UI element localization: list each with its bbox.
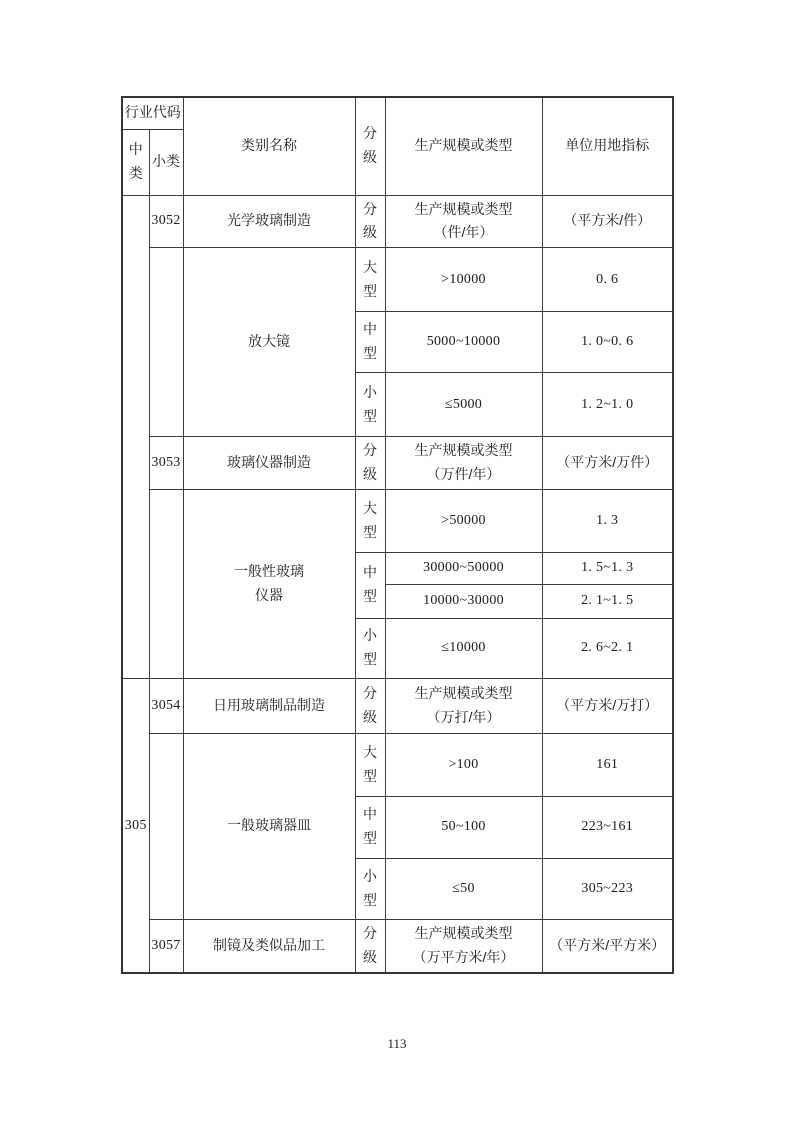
unit-header-cell: （平方米/万打） — [542, 678, 673, 733]
unit-header-cell: （平方米/平方米） — [542, 919, 673, 973]
grade-cell: 大 型 — [355, 248, 385, 312]
header-small-class: 小类 — [149, 129, 183, 195]
grade-label-cell: 分 级 — [355, 919, 385, 973]
grade-cell: 大 型 — [355, 733, 385, 796]
scale-value-cell: 50~100 — [385, 796, 542, 858]
table-row: 一般性玻璃 仪器 大 型 >50000 1. 3 — [122, 489, 673, 552]
header-scale-type: 生产规模或类型 — [385, 97, 542, 195]
unit-header-cell: （平方米/万件） — [542, 437, 673, 490]
scale-value-cell: 5000~10000 — [385, 312, 542, 373]
scale-header-cell: 生产规模或类型 （件/年） — [385, 195, 542, 248]
product-name-cell: 放大镜 — [183, 248, 355, 437]
scale-header-cell: 生产规模或类型 （万件/年） — [385, 437, 542, 490]
header-grade: 分 级 — [355, 97, 385, 195]
scale-value-cell: 10000~30000 — [385, 584, 542, 618]
scale-header-cell: 生产规模或类型 （万平方米/年） — [385, 919, 542, 973]
grade-cell: 小 型 — [355, 373, 385, 437]
indicator-value-cell: 1. 3 — [542, 489, 673, 552]
table-row: 3053 玻璃仪器制造 分 级 生产规模或类型 （万件/年） （平方米/万件） — [122, 437, 673, 490]
table-row: 3052 光学玻璃制造 分 级 生产规模或类型 （件/年） （平方米/件） — [122, 195, 673, 248]
small-class-empty-cell — [149, 489, 183, 678]
header-mid-class: 中 类 — [122, 129, 149, 195]
scale-value-cell: ≤50 — [385, 858, 542, 919]
table-header-row: 行业代码 类别名称 分 级 生产规模或类型 单位用地指标 — [122, 97, 673, 129]
grade-label-cell: 分 级 — [355, 195, 385, 248]
grade-cell: 中 型 — [355, 552, 385, 618]
indicator-value-cell: 1. 2~1. 0 — [542, 373, 673, 437]
product-name-cell: 一般玻璃器皿 — [183, 733, 355, 919]
product-name-cell: 一般性玻璃 仪器 — [183, 489, 355, 678]
land-use-indicator-table: 行业代码 类别名称 分 级 生产规模或类型 单位用地指标 中 类 小类 3052… — [121, 96, 674, 974]
category-name-cell: 玻璃仪器制造 — [183, 437, 355, 490]
indicator-value-cell: 2. 1~1. 5 — [542, 584, 673, 618]
table-row: 放大镜 大 型 >10000 0. 6 — [122, 248, 673, 312]
grade-label-cell: 分 级 — [355, 437, 385, 490]
page-number: 113 — [0, 1036, 794, 1052]
grade-cell: 大 型 — [355, 489, 385, 552]
indicator-value-cell: 305~223 — [542, 858, 673, 919]
scale-value-cell: >100 — [385, 733, 542, 796]
scale-value-cell: >50000 — [385, 489, 542, 552]
small-class-empty-cell — [149, 733, 183, 919]
grade-cell: 小 型 — [355, 618, 385, 678]
scale-header-cell: 生产规模或类型 （万打/年） — [385, 678, 542, 733]
scale-value-cell: ≤5000 — [385, 373, 542, 437]
indicator-value-cell: 1. 0~0. 6 — [542, 312, 673, 373]
indicator-value-cell: 1. 5~1. 3 — [542, 552, 673, 584]
industry-code-cell: 3057 — [149, 919, 183, 973]
grade-cell: 中 型 — [355, 312, 385, 373]
indicator-value-cell: 2. 6~2. 1 — [542, 618, 673, 678]
scale-value-cell: ≤10000 — [385, 618, 542, 678]
header-industry-code: 行业代码 — [122, 97, 183, 129]
header-category-name: 类别名称 — [183, 97, 355, 195]
scale-value-cell: 30000~50000 — [385, 552, 542, 584]
mid-class-code-cell: 305 — [122, 678, 149, 973]
category-name-cell: 日用玻璃制品制造 — [183, 678, 355, 733]
table-row: 一般玻璃器皿 大 型 >100 161 — [122, 733, 673, 796]
grade-cell: 中 型 — [355, 796, 385, 858]
mid-class-empty-cell — [122, 195, 149, 678]
category-name-cell: 光学玻璃制造 — [183, 195, 355, 248]
header-unit-indicator: 单位用地指标 — [542, 97, 673, 195]
table-row: 3057 制镜及类似品加工 分 级 生产规模或类型 （万平方米/年） （平方米/… — [122, 919, 673, 973]
indicator-value-cell: 161 — [542, 733, 673, 796]
grade-label-cell: 分 级 — [355, 678, 385, 733]
indicator-value-cell: 0. 6 — [542, 248, 673, 312]
table-row: 305 3054 日用玻璃制品制造 分 级 生产规模或类型 （万打/年） （平方… — [122, 678, 673, 733]
industry-code-cell: 3053 — [149, 437, 183, 490]
industry-code-cell: 3054 — [149, 678, 183, 733]
grade-cell: 小 型 — [355, 858, 385, 919]
scale-value-cell: >10000 — [385, 248, 542, 312]
indicator-value-cell: 223~161 — [542, 796, 673, 858]
industry-code-cell: 3052 — [149, 195, 183, 248]
unit-header-cell: （平方米/件） — [542, 195, 673, 248]
category-name-cell: 制镜及类似品加工 — [183, 919, 355, 973]
small-class-empty-cell — [149, 248, 183, 437]
document-page: 行业代码 类别名称 分 级 生产规模或类型 单位用地指标 中 类 小类 3052… — [0, 0, 794, 1122]
